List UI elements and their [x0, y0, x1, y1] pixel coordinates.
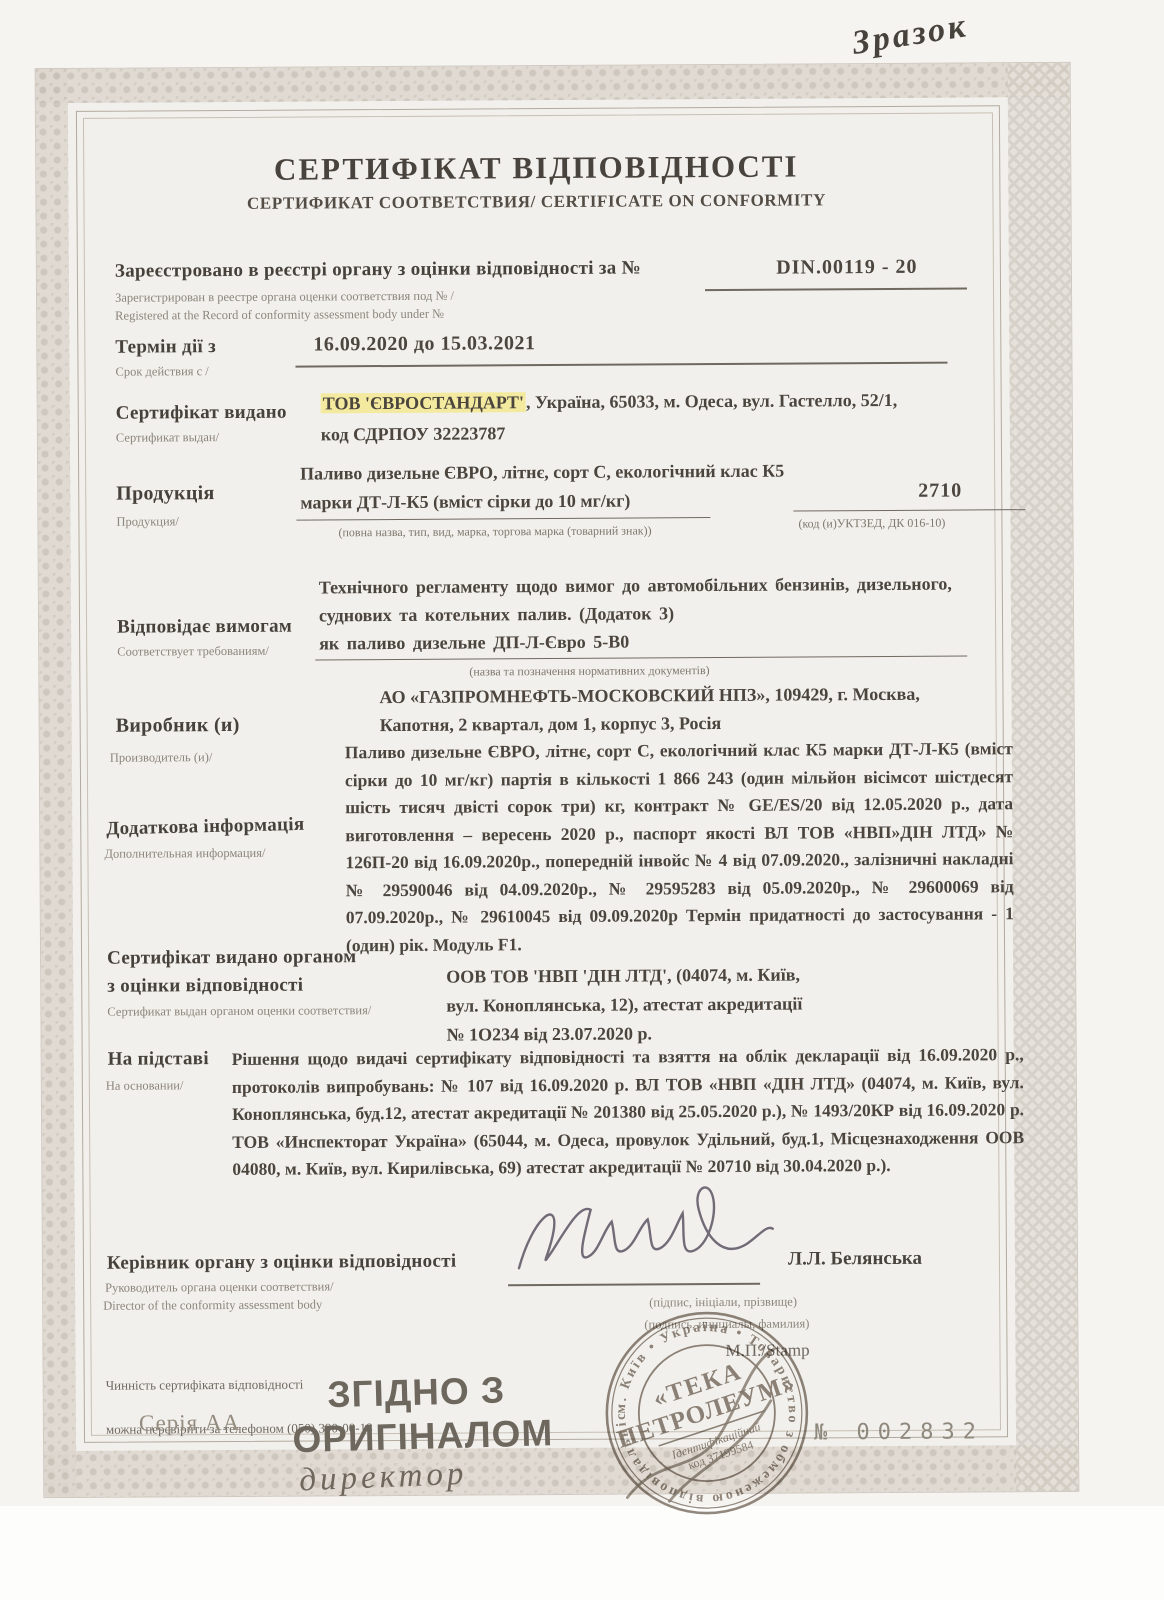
registered-value: DIN.00119 - 20 [737, 256, 957, 280]
issued-by-label: Сертифікат видано органом з оцінки відпо… [107, 943, 357, 1001]
certificate-number: № 002832 [814, 1419, 984, 1445]
registered-sub-en: Registered at the Record of conformity a… [115, 307, 444, 324]
copy-stamp: ЗГІДНО З ОРИГІНАЛОМ [291, 1368, 543, 1463]
issued-to-highlight: ТОВ 'ЄВРОСТАНДАРТ' [321, 392, 526, 413]
product-caption: (повна назва, тип, вид, марка, торгова м… [338, 523, 651, 540]
issued-to-label: Сертифікат видано [116, 402, 287, 425]
additional-sub-ru: Дополнительная информация/ [104, 846, 265, 862]
issued-to-sub-ru: Сертификат выдан/ [116, 430, 219, 446]
product-label: Продукція [116, 482, 214, 506]
director-sub-ru: Руководитель органа оценки соответствия/ [105, 1279, 334, 1295]
additional-label: Додаткова інформація [106, 814, 305, 841]
round-stamp-teka-petroleum: м. Київ • Україна • Товариство з обмежен… [598, 1304, 815, 1521]
handwritten-director: директор [299, 1456, 469, 1500]
product-sub-ru: Продукция/ [116, 514, 179, 529]
registered-sub-ru: Зарегистрирован в реестре органа оценки … [115, 289, 454, 306]
manufacturer-label: Виробник (и) [116, 714, 240, 738]
basis-sub-ru: На основании/ [106, 1078, 184, 1093]
product-code: 2710 [918, 480, 962, 503]
ornamental-border-right [1008, 63, 1079, 1491]
director-name: Л.Л. Белянська [788, 1248, 922, 1271]
director-label: Керівник органу з оцінки відповідності [107, 1251, 457, 1275]
term-value: 16.09.2020 до 15.03.2021 [313, 332, 535, 356]
scanned-certificate-page: Зразок СЕРТИФІКАТ ВІДПОВІДНОСТІ СЕРТИФИК… [0, 0, 1164, 1600]
ornamental-border-bottom [44, 1445, 1078, 1497]
product-value: Паливо дизельне ЄВРО, літнє, сорт С, еко… [300, 456, 950, 518]
series-label: Серія АА [139, 1410, 240, 1437]
issued-by-sub-ru: Сертификат выдан органом оценки соответс… [107, 1003, 371, 1020]
validity-line1: Чинність сертифіката відповідності [106, 1377, 304, 1393]
issued-to-value-line2: код СДРПОУ 32223787 [321, 423, 506, 445]
basis-value: Рішення щодо видачі сертифікату відповід… [232, 1041, 1025, 1183]
ornamental-border-top [36, 63, 1070, 103]
meets-label: Відповідає вимогам [117, 616, 292, 639]
manufacturer-value: АО «ГАЗПРОМНЕФТЬ-МОСКОВСКИЙ НПЗ», 109429… [379, 679, 1029, 739]
product-code-caption: (код (и)УКТЗЕД, ДК 016-10) [798, 516, 945, 532]
director-sub-en: Director of the conformity assessment bo… [103, 1297, 322, 1313]
issued-by-value: ООВ ТОВ 'НВП 'ДІН ЛТД', (04074, м. Київ,… [446, 961, 803, 1050]
basis-label: На підставі [108, 1048, 209, 1071]
issued-to-value-line1: ТОВ 'ЄВРОСТАНДАРТ', Україна, 65033, м. О… [321, 390, 898, 415]
registered-label: Зареєстровано в реєстрі органу з оцінки … [115, 257, 641, 282]
meets-sub-ru: Соответствует требованиям/ [117, 644, 269, 660]
term-label: Термін дії з [115, 336, 216, 359]
issued-to-rest: , Україна, 65033, м. Одеса, вул. Гастелл… [526, 390, 897, 412]
manufacturer-sub-ru: Производитель (и)/ [110, 750, 213, 766]
certificate-document: СЕРТИФІКАТ ВІДПОВІДНОСТІ СЕРТИФИКАТ СООТ… [36, 63, 1079, 1497]
meets-caption: (назва та позначення нормативних докумен… [469, 663, 709, 679]
additional-value: Паливо дизельне ЄВРО, літнє, сорт С, еко… [345, 735, 1014, 959]
meets-value: Технічного регламенту щодо вимог до авто… [319, 569, 1029, 657]
director-signature [510, 1183, 781, 1297]
certificate-title: СЕРТИФІКАТ ВІДПОВІДНОСТІ [36, 147, 1036, 189]
term-sub-ru: Срок действия с / [115, 364, 208, 380]
